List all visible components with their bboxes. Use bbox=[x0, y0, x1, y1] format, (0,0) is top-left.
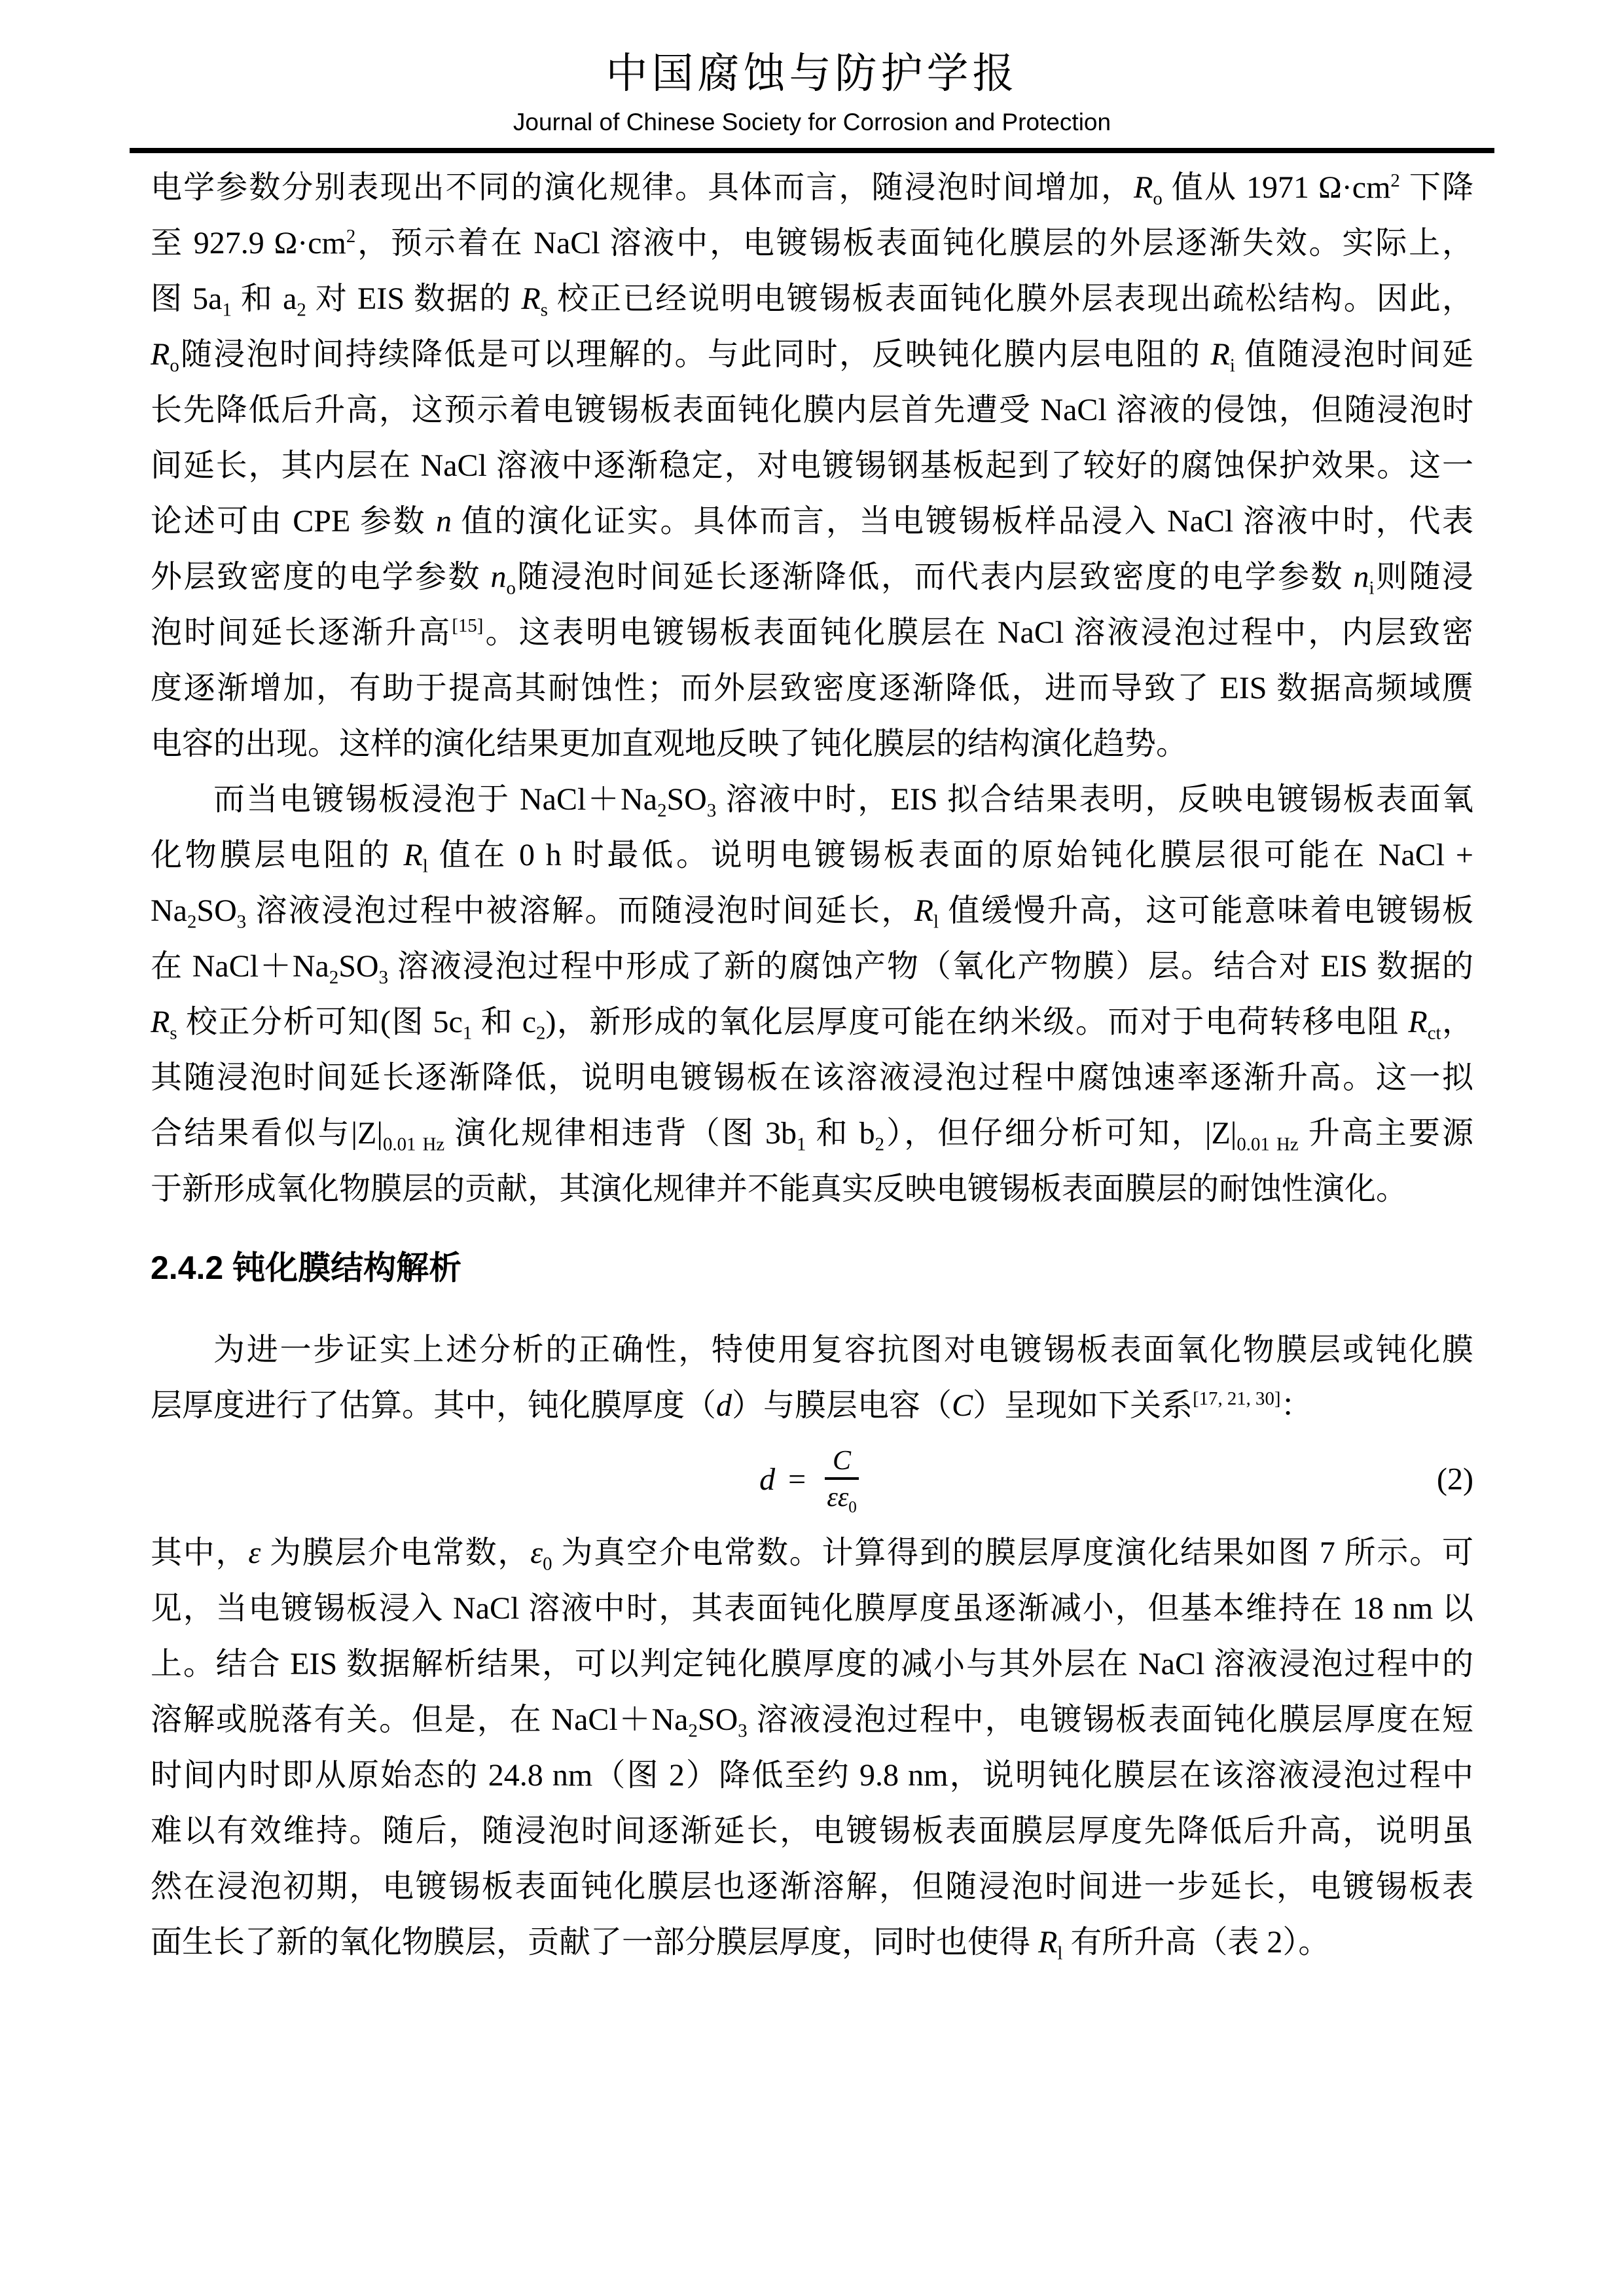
text-line: 其随浸泡时间延长逐渐降低，说明电镀锡板在该溶液浸泡过程中腐蚀速率逐渐升高。这一拟 bbox=[151, 1050, 1473, 1105]
text-line: 为进一步证实上述分析的正确性，特使用复容抗图对电镀锡板表面氧化物膜层或钝化膜 bbox=[151, 1322, 1473, 1378]
journal-title-en: Journal of Chinese Society for Corrosion… bbox=[0, 109, 1624, 137]
text-line: 外层致密度的电学参数 no随浸泡时间延长逐渐降低，而代表内层致密度的电学参数 n… bbox=[151, 549, 1473, 605]
text-line: 时间内时即从原始态的 24.8 nm（图 2）降低至约 9.8 nm，说明钝化膜… bbox=[151, 1748, 1473, 1803]
text-line: 至 927.9 Ω·cm2，预示着在 NaCl 溶液中，电镀锡板表面钝化膜层的外… bbox=[151, 215, 1473, 271]
text-line: 然在浸泡初期，电镀锡板表面钝化膜层也逐渐溶解，但随浸泡时间进一步延长，电镀锡板表 bbox=[151, 1859, 1473, 1914]
page: 中国腐蚀与防护学报 Journal of Chinese Society for… bbox=[0, 0, 1624, 2296]
equation-2: d = C εε0 (2) bbox=[151, 1433, 1473, 1525]
text-line: 泡时间延长逐渐升高[15]。这表明电镀锡板表面钝化膜层在 NaCl 溶液浸泡过程… bbox=[151, 605, 1473, 660]
text-line: Ro随浸泡时间持续降低是可以理解的。与此同时，反映钝化膜内层电阻的 Ri 值随浸… bbox=[151, 327, 1473, 382]
text-line: 电容的出现。这样的演化结果更加直观地反映了钝化膜层的结构演化趋势。 bbox=[151, 716, 1473, 772]
equation-equals-sign: = bbox=[788, 1462, 806, 1498]
paragraph-3b: 其中，ε 为膜层介电常数，ε0 为真空介电常数。计算得到的膜层厚度演化结果如图 … bbox=[151, 1525, 1473, 1970]
text-line: 图 5a1 和 a2 对 EIS 数据的 Rs 校正已经说明电镀锡板表面钝化膜外… bbox=[151, 271, 1473, 327]
journal-title-zh: 中国腐蚀与防护学报 bbox=[0, 50, 1624, 98]
text-line: 层厚度进行了估算。其中，钝化膜厚度（d）与膜层电容（C）呈现如下关系[17, 2… bbox=[151, 1378, 1473, 1433]
text-line: 化物膜层电阻的 Rl 值在 0 h 时最低。说明电镀锡板表面的原始钝化膜层很可能… bbox=[151, 827, 1473, 883]
text-line: 在 NaCl＋Na2SO3 溶液浸泡过程中形成了新的腐蚀产物（氧化产物膜）层。结… bbox=[151, 939, 1473, 994]
equation-body: d = C εε0 bbox=[759, 1445, 865, 1513]
text-line: 其中，ε 为膜层介电常数，ε0 为真空介电常数。计算得到的膜层厚度演化结果如图 … bbox=[151, 1525, 1473, 1581]
text-line: 于新形成氧化物膜层的贡献，其演化规律并不能真实反映电镀锡板表面膜层的耐蚀性演化。 bbox=[151, 1161, 1473, 1217]
text-line: Na2SO3 溶液浸泡过程中被溶解。而随浸泡时间延长，Rl 值缓慢升高，这可能意… bbox=[151, 883, 1473, 939]
text-line: 而当电镀锡板浸泡于 NaCl＋Na2SO3 溶液中时，EIS 拟合结果表明，反映… bbox=[151, 772, 1473, 827]
journal-header: 中国腐蚀与防护学报 Journal of Chinese Society for… bbox=[0, 0, 1624, 153]
paragraph-1: 电学参数分别表现出不同的演化规律。具体而言，随浸泡时间增加，Ro 值从 1971… bbox=[151, 160, 1473, 772]
text-line: 间延长，其内层在 NaCl 溶液中逐渐稳定，对电镀锡钢基板起到了较好的腐蚀保护效… bbox=[151, 438, 1473, 493]
text-line: 溶解或脱落有关。但是，在 NaCl＋Na2SO3 溶液浸泡过程中，电镀锡板表面钝… bbox=[151, 1692, 1473, 1748]
equation-denominator: εε0 bbox=[819, 1480, 865, 1513]
equation-numerator: C bbox=[825, 1445, 859, 1479]
paragraph-3a: 为进一步证实上述分析的正确性，特使用复容抗图对电镀锡板表面氧化物膜层或钝化膜层厚… bbox=[151, 1322, 1473, 1433]
equation-lhs: d bbox=[759, 1462, 775, 1498]
section-heading: 2.4.2 钝化膜结构解析 bbox=[151, 1240, 1473, 1296]
text-line: 面生长了新的氧化物膜层，贡献了一部分膜层厚度，同时也使得 Rl 有所升高（表 2… bbox=[151, 1914, 1473, 1970]
text-line: 见，当电镀锡板浸入 NaCl 溶液中时，其表面钝化膜厚度虽逐渐减小，但基本维持在… bbox=[151, 1581, 1473, 1636]
header-rule bbox=[130, 148, 1494, 153]
text-line: 长先降低后升高，这预示着电镀锡板表面钝化膜内层首先遭受 NaCl 溶液的侵蚀，但… bbox=[151, 382, 1473, 438]
text-line: 论述可由 CPE 参数 n 值的演化证实。具体而言，当电镀锡板样品浸入 NaCl… bbox=[151, 493, 1473, 549]
text-line: 上。结合 EIS 数据解析结果，可以判定钝化膜厚度的减小与其外层在 NaCl 溶… bbox=[151, 1636, 1473, 1692]
page-body: 电学参数分别表现出不同的演化规律。具体而言，随浸泡时间增加，Ro 值从 1971… bbox=[151, 153, 1473, 1970]
text-line: 电学参数分别表现出不同的演化规律。具体而言，随浸泡时间增加，Ro 值从 1971… bbox=[151, 160, 1473, 215]
text-line: 度逐渐增加，有助于提高其耐蚀性；而外层致密度逐渐降低，进而导致了 EIS 数据高… bbox=[151, 660, 1473, 716]
text-line: 合结果看似与|Z|0.01 Hz 演化规律相违背（图 3b1 和 b2），但仔细… bbox=[151, 1105, 1473, 1161]
text-line: 难以有效维持。随后，随浸泡时间逐渐延长，电镀锡板表面膜层厚度先降低后升高，说明虽 bbox=[151, 1803, 1473, 1859]
equation-fraction: C εε0 bbox=[819, 1445, 865, 1513]
paragraph-2: 而当电镀锡板浸泡于 NaCl＋Na2SO3 溶液中时，EIS 拟合结果表明，反映… bbox=[151, 772, 1473, 1217]
equation-number: (2) bbox=[1437, 1462, 1473, 1498]
text-line: Rs 校正分析可知(图 5c1 和 c2)，新形成的氧化层厚度可能在纳米级。而对… bbox=[151, 994, 1473, 1050]
